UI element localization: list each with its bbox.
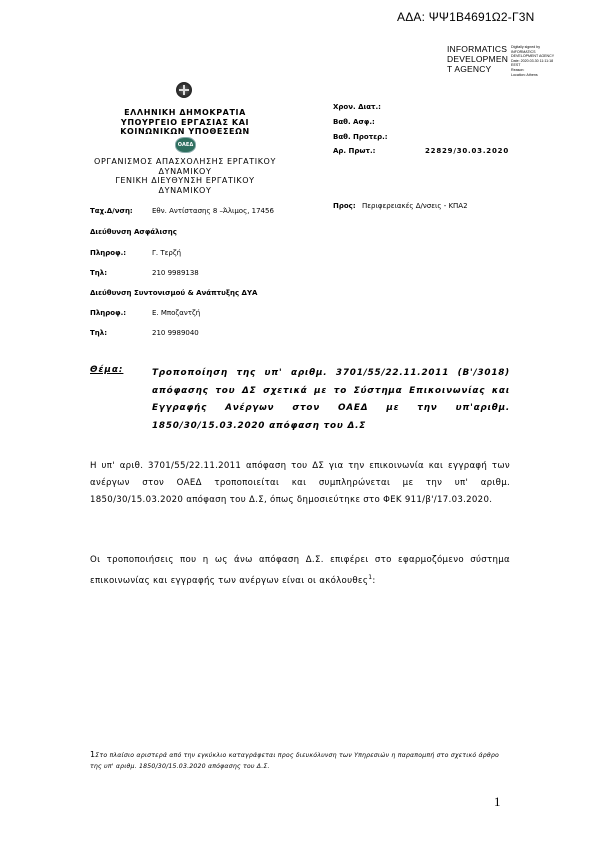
ada-code: ΑΔΑ: ΨΨ1Β4691Ω2-Γ3Ν xyxy=(397,10,535,24)
digital-signature: INFORMATICS DEVELOPMEN T AGENCY Digitall… xyxy=(447,44,554,77)
tel-label-2: Τηλ: xyxy=(90,329,107,337)
recipient-label: Προς: xyxy=(333,202,356,210)
page-number: 1 xyxy=(494,794,501,810)
subject-label: Θέμα: xyxy=(90,365,123,375)
body-paragraph-2: Οι τροποποιήσεις που η ως άνω απόφαση Δ.… xyxy=(90,552,510,590)
meta-label-ar-prot: Αρ. Πρωτ.: xyxy=(333,147,375,155)
signature-name: INFORMATICS DEVELOPMEN T AGENCY xyxy=(447,44,508,77)
tel-value-2: 210 9989040 xyxy=(152,329,199,337)
info-label-1: Πληροφ.: xyxy=(90,249,126,257)
tel-value-1: 210 9989138 xyxy=(152,269,199,277)
address-value: Εθν. Αντίστασης 8 –Άλιμος, 17456 xyxy=(152,207,274,215)
department-insurance: Διεύθυνση Ασφάλισης xyxy=(90,228,177,236)
subject-text: Τροποποίηση της υπ' αριθμ. 3701/55/22.11… xyxy=(152,365,510,435)
meta-label-vath-protera: Βαθ. Προτερ.: xyxy=(333,133,388,141)
recipient-value: Περιφερειακές Δ/νσεις - ΚΠΑ2 xyxy=(362,202,468,210)
footnote: 1Στο πλαίσιο αριστερά από την εγκύκλιο κ… xyxy=(90,750,510,772)
organization-heading: ΟΡΓΑΝΙΣΜΟΣ ΑΠΑΣΧΟΛΗΣΗΣ ΕΡΓΑΤΙΚΟΥ ΔΥΝΑΜΙΚ… xyxy=(70,157,300,195)
info-value-1: Γ. Τερζή xyxy=(152,249,181,257)
meta-label-xron-diat: Χρον. Διατ.: xyxy=(333,103,381,111)
meta-label-vath-asfal: Βαθ. Ασφ.: xyxy=(333,118,375,126)
signature-details: Digitally signed by INFORMATICS DEVELOPM… xyxy=(511,45,554,77)
body-paragraph-1: Η υπ' αριθ. 3701/55/22.11.2011 απόφαση τ… xyxy=(90,458,510,509)
footnote-text: Στο πλαίσιο αριστερά από την εγκύκλιο κα… xyxy=(90,752,499,770)
department-coordination: Διεύθυνση Συντονισμού & Ανάπτυξης ΔΥΑ xyxy=(90,289,257,297)
tel-label-1: Τηλ: xyxy=(90,269,107,277)
oaed-logo-icon: ΟΑΕΔ xyxy=(175,137,196,153)
ministry-heading: ΕΛΛΗΝΙΚΗ ΔΗΜΟΚΡΑΤΙΑ ΥΠΟΥΡΓΕΙΟ ΕΡΓΑΣΙΑΣ Κ… xyxy=(90,108,280,137)
info-value-2: Ε. Μποζαντζή xyxy=(152,309,200,317)
info-label-2: Πληροφ.: xyxy=(90,309,126,317)
protocol-number: 22829/30.03.2020 xyxy=(425,147,509,155)
address-label: Ταχ.Δ/νση: xyxy=(90,207,133,215)
greek-emblem-icon xyxy=(176,82,192,98)
